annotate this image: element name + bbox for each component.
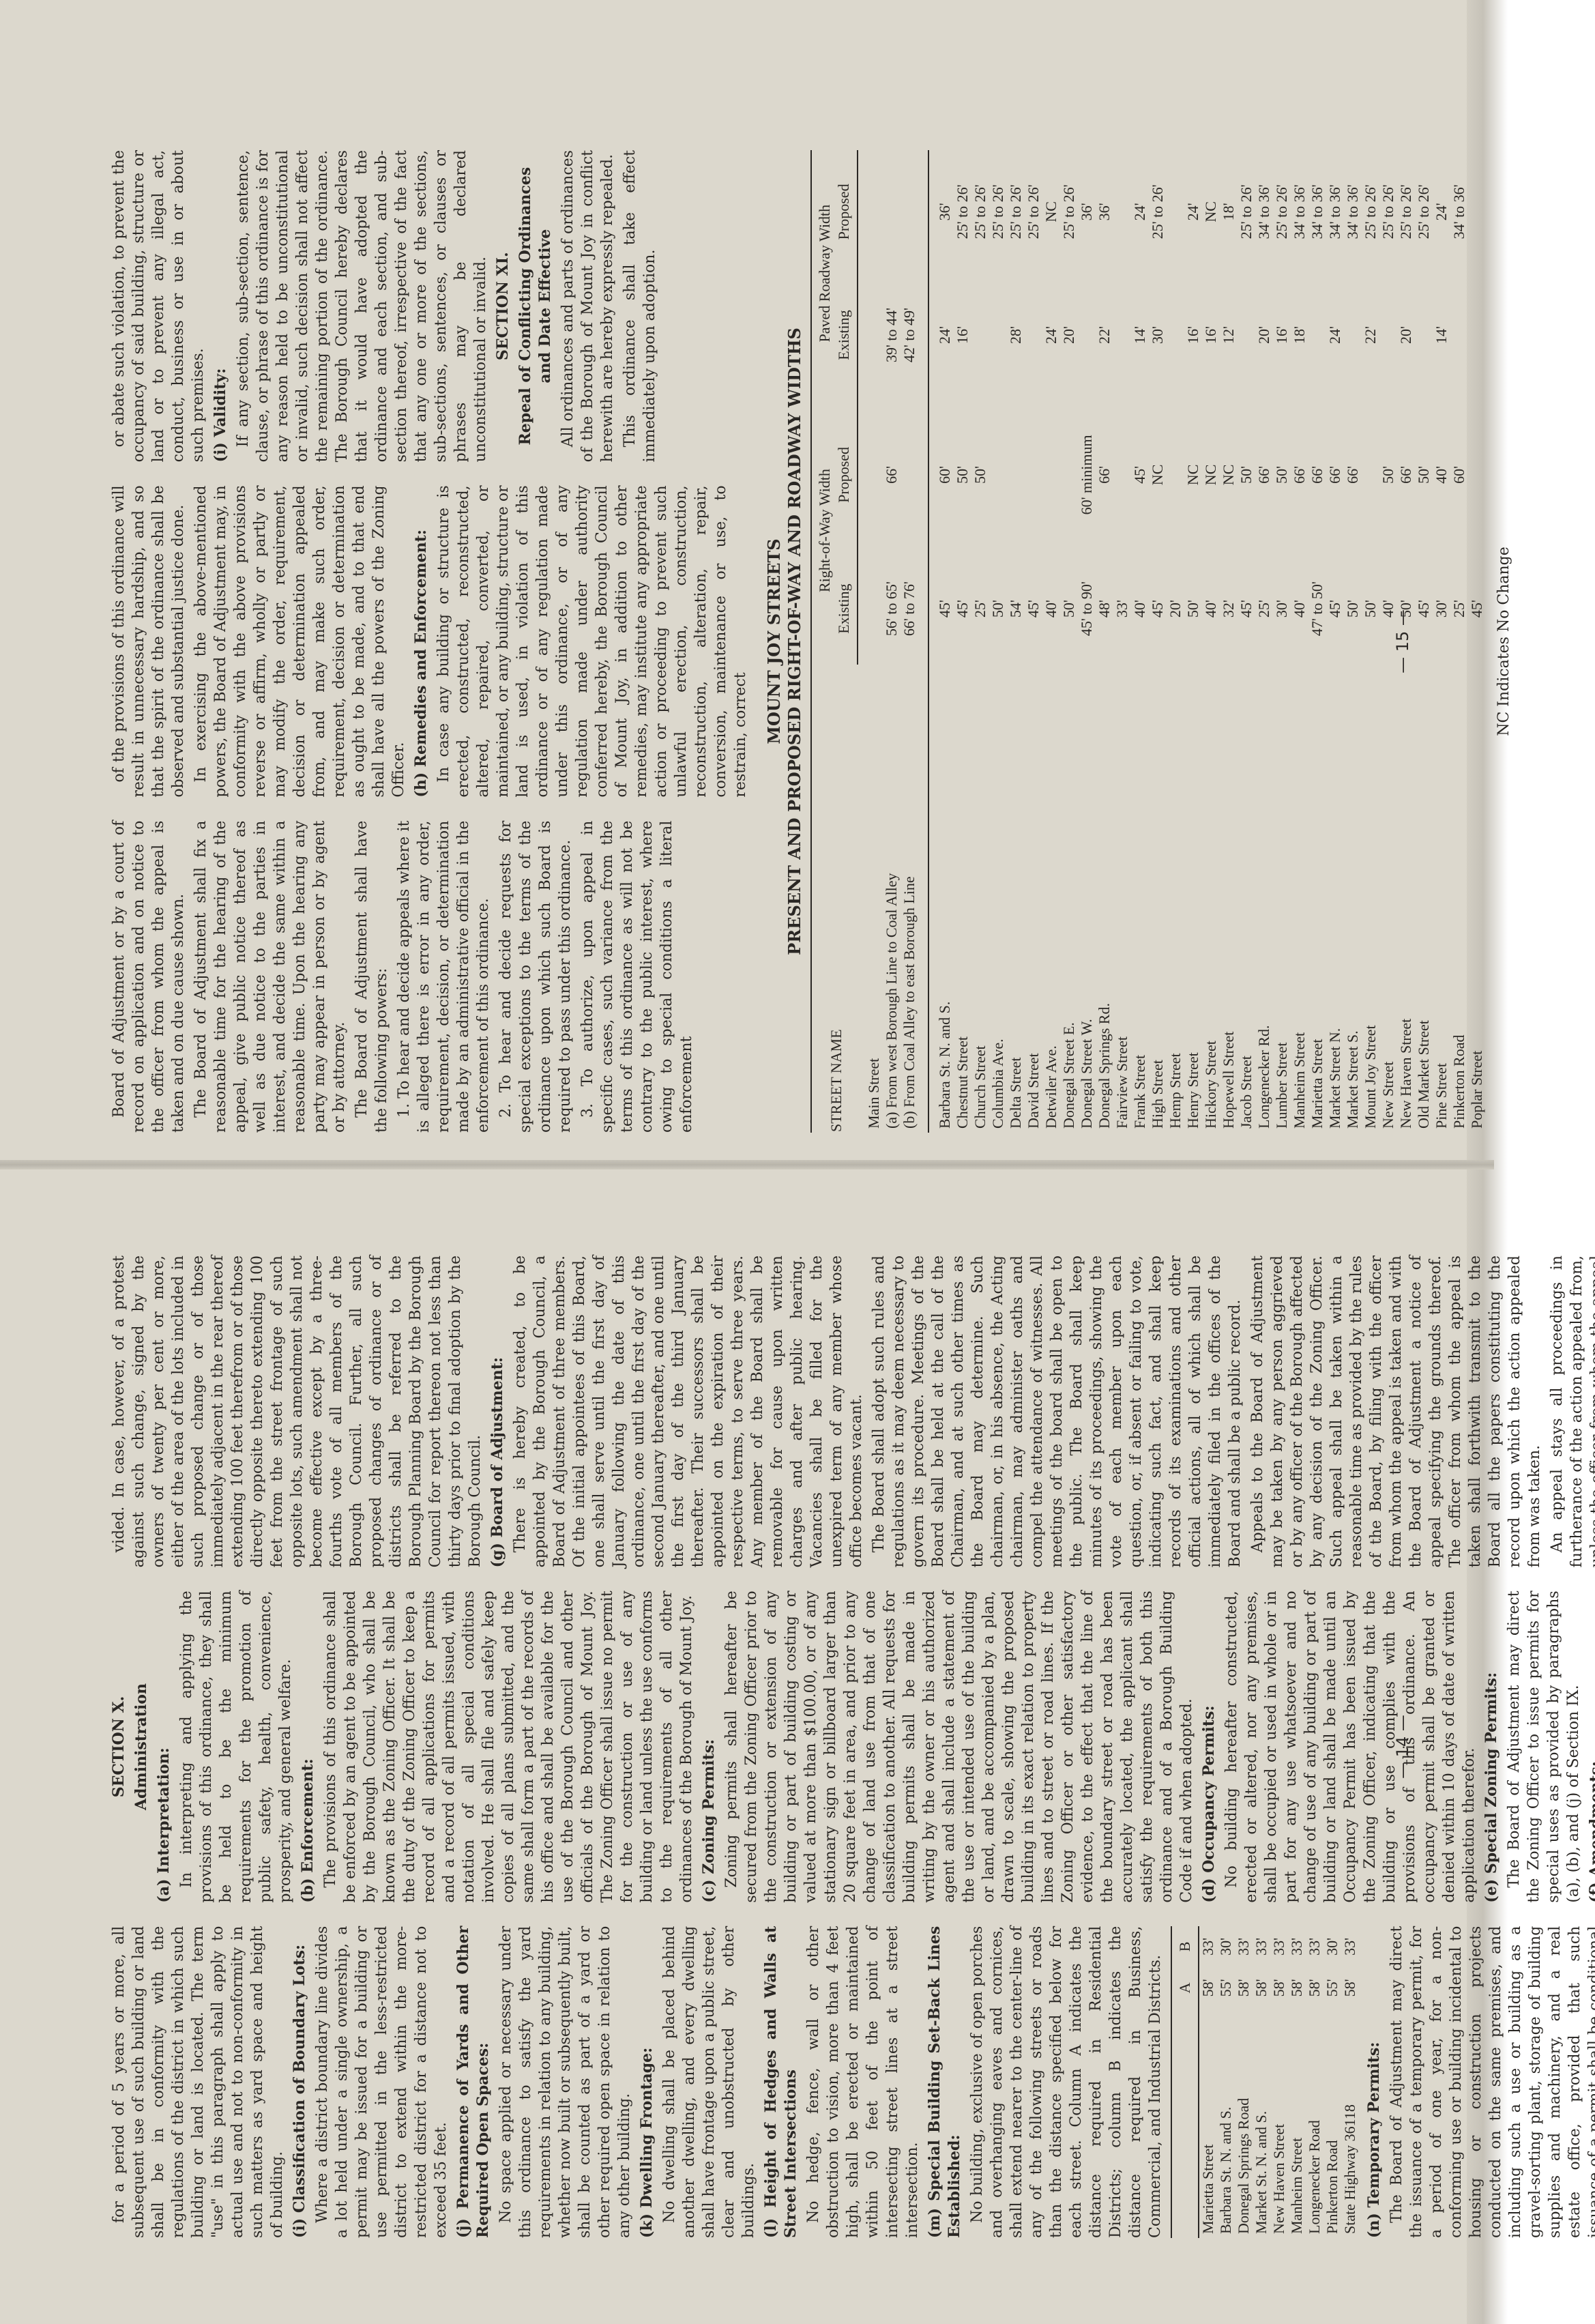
table-row: Donegal Street E.50'20'25' to 26' bbox=[1060, 150, 1078, 1133]
table-row: Barbara St. N. and S.55'30' bbox=[1217, 1926, 1235, 2238]
subsection-heading: (c) Zoning Permits: bbox=[699, 1591, 719, 1902]
table-row: Lumber Street30'50'16'25' to 26' bbox=[1273, 150, 1291, 1133]
subsection-heading: (i) Validity: bbox=[211, 150, 231, 462]
paragraph: In interpreting and applying the provisi… bbox=[177, 1591, 295, 1902]
table-row: Manheim Street58'33' bbox=[1288, 1926, 1306, 2238]
table-row: Henry Street50'NC16'24' bbox=[1184, 150, 1202, 1133]
table-row: Poplar Street45' bbox=[1468, 150, 1486, 1133]
page14-column-2: SECTION X.Administration(a) Interpretati… bbox=[109, 1591, 1364, 1902]
paragraph: Board of Adjustment or by a court of rec… bbox=[109, 821, 188, 1133]
table-row: State Highway 3611858'33' bbox=[1341, 1926, 1359, 2238]
paragraph: No building hereafter constructed, erect… bbox=[1222, 1591, 1479, 1902]
paragraph: The Board of Adjustment shall fix a reas… bbox=[191, 821, 349, 1133]
paragraph: The Board shall adopt such rules and reg… bbox=[869, 1255, 1245, 1567]
paragraph: Zoning permits shall hereafter be secure… bbox=[722, 1591, 1197, 1902]
paragraph: An appeal stays all proceedings in furth… bbox=[1547, 1255, 1595, 1567]
setback-body: Marietta Street58'33'Barbara St. N. and … bbox=[1199, 1926, 1359, 2238]
table-row: Manheim Street40'66'18'34' to 36' bbox=[1291, 150, 1308, 1133]
header-paved-roadway: Paved Roadway Width bbox=[811, 150, 834, 396]
table-row: Jacob Street45'50'25' to 26' bbox=[1238, 150, 1255, 1133]
table-row: (b) From Coal Alley to east Borough Line… bbox=[901, 150, 918, 1133]
header-row-proposed: Proposed bbox=[834, 396, 858, 553]
page-14: for a period of 5 years or more, all sub… bbox=[96, 1235, 1426, 2258]
paragraph: 2. To hear and decide requests for speci… bbox=[496, 821, 575, 1133]
page14-column-1: for a period of 5 years or more, all sub… bbox=[109, 1926, 1364, 2238]
table-row: Market Street S.50'66'34' to 36' bbox=[1344, 150, 1362, 1133]
paragraph: for a period of 5 years or more, all sub… bbox=[109, 1926, 287, 2238]
paragraph: No space applied or necessary under this… bbox=[496, 1926, 634, 2238]
subsection-heading: (l) Height of Hedges and Walls at Street… bbox=[761, 1926, 801, 2238]
paragraph: The provisions of this ordinance shall b… bbox=[321, 1591, 697, 1902]
subsection-heading: (k) Dwelling Frontage: bbox=[637, 1926, 657, 2238]
paragraph: 1. To hear and decide appeals where it i… bbox=[394, 821, 493, 1133]
table-row: (a) From west Borough Line to Coal Alley… bbox=[883, 150, 901, 1133]
table-row: Longenecker Rd.25'66'20'34' to 36' bbox=[1255, 150, 1273, 1133]
table-row: Columbia Ave.50'25' to 26' bbox=[989, 150, 1007, 1133]
center-fold bbox=[0, 1160, 1494, 1170]
table-row: Marietta Street47' to 50'66'34' to 36' bbox=[1308, 150, 1326, 1133]
street-widths-body: Main Street(a) From west Borough Line to… bbox=[858, 150, 1486, 1133]
paragraph: No building, exclusive of open porches a… bbox=[967, 1926, 1165, 2238]
table-title-2: PRESENT AND PROPOSED RIGHT-OF-WAY AND RO… bbox=[785, 150, 805, 1133]
page-number-15: — 15 — bbox=[1393, 130, 1412, 1153]
table-row: Market Street N.45'66'24'34' to 36' bbox=[1326, 150, 1344, 1133]
subsection-heading: (a) Interpretation: bbox=[154, 1591, 174, 1902]
section-heading: SECTION X. bbox=[109, 1591, 129, 1902]
header-street-name: STREET NAME bbox=[811, 665, 858, 1133]
paragraph: In case any building or structure is ere… bbox=[434, 485, 750, 797]
section-heading: Repeal of Conflicting Ordinances and Dat… bbox=[516, 150, 555, 462]
paragraph: All ordinances and parts of ordinances o… bbox=[558, 150, 617, 462]
setback-header-b: B bbox=[1171, 1926, 1199, 1967]
table-title-1: MOUNT JOY STREETS bbox=[764, 150, 785, 1133]
table-row: Delta Street54'28'25' to 26' bbox=[1007, 150, 1025, 1133]
page-15: Board of Adjustment or by a court of rec… bbox=[96, 130, 1426, 1153]
paragraph: No dwelling shall be placed behind anoth… bbox=[660, 1926, 759, 2238]
paragraph: In exercising the above-mentioned powers… bbox=[191, 485, 409, 797]
header-paved-existing: Existing bbox=[834, 274, 858, 397]
subsection-heading: (g) Board of Adjustment: bbox=[488, 1255, 508, 1567]
table-row: Old Market Street45'50'25' to 26' bbox=[1415, 150, 1433, 1133]
table-row: Church Street25'50'25' to 26' bbox=[971, 150, 989, 1133]
paragraph: No hedge, fence, wall or other obstructi… bbox=[804, 1926, 922, 2238]
table-row: Hopewell Street32'NC12'18' bbox=[1220, 150, 1238, 1133]
subsection-heading: (e) Special Zoning Permits: bbox=[1482, 1591, 1502, 1902]
table-row: Donegal Springs Road58'33' bbox=[1235, 1926, 1253, 2238]
page-number-14: — 14 — bbox=[1393, 1235, 1412, 2258]
subsection-heading: (b) Enforcement: bbox=[298, 1591, 318, 1902]
setback-table: A B Marietta Street58'33'Barbara St. N. … bbox=[1171, 1926, 1359, 2238]
subsection-heading: (i) Classification of Boundary Lots: bbox=[290, 1926, 310, 2238]
table-row: David Street45'25' to 26' bbox=[1025, 150, 1042, 1133]
table-row: Marietta Street58'33' bbox=[1199, 1926, 1217, 2238]
setback-header-street bbox=[1171, 2009, 1199, 2238]
table-row: Market St. N. and S.58'33' bbox=[1253, 1926, 1270, 2238]
scanned-spread: Board of Adjustment or by a court of rec… bbox=[0, 0, 1494, 2324]
paragraph: There is hereby created, to be appointed… bbox=[510, 1255, 866, 1567]
table-row: Fairview Street33' bbox=[1113, 150, 1131, 1133]
subsection-heading: (n) Temporary Permits: bbox=[1364, 1926, 1384, 2238]
table-row: New Haven Street58'33' bbox=[1270, 1926, 1288, 2238]
table-row: Detwiler Ave.40'24'NC bbox=[1042, 150, 1060, 1133]
table-row: Mount Joy Street50'22'25' to 26' bbox=[1362, 150, 1379, 1133]
subsection-heading: (m) Special Building Set-Back Lines Esta… bbox=[925, 1926, 965, 2238]
paragraph: The Board of Adjustment shall have the f… bbox=[352, 821, 392, 1133]
table-row: Donegal Springs Rd.48'66'22'36' bbox=[1096, 150, 1113, 1133]
table-row: Main Street bbox=[865, 150, 883, 1133]
header-right-of-way: Right-of-Way Width bbox=[811, 396, 834, 664]
header-paved-proposed: Proposed bbox=[834, 150, 858, 274]
table-row: Frank Street40'45'14'24' bbox=[1131, 150, 1149, 1133]
table-row: Longenecker Road58'33' bbox=[1306, 1926, 1323, 2238]
paragraph: vided. In case, however, of a protest ag… bbox=[109, 1255, 485, 1567]
table-row: Hickory Street40'NC16'NC bbox=[1202, 150, 1220, 1133]
paragraph: This ordinance shall take effect immedia… bbox=[620, 150, 660, 462]
section-heading: SECTION XI. bbox=[493, 150, 513, 462]
paragraph: 3. To authorize, upon appeal in specific… bbox=[578, 821, 697, 1133]
paragraph: If any section, sub-section, sentence, c… bbox=[233, 150, 491, 462]
table-row: Pinkerton Road25'60'34' to 36' bbox=[1450, 150, 1468, 1133]
paragraph: The Board of Adjustment may direct the i… bbox=[1387, 1926, 1595, 2238]
paragraph: or abate such violation, to prevent the … bbox=[109, 150, 208, 462]
setback-header-a: A bbox=[1171, 1967, 1199, 2008]
subsection-heading: (f) Amendments: bbox=[1586, 1591, 1595, 1902]
table-row: High Street45'NC30'25' to 26' bbox=[1149, 150, 1167, 1133]
subsection-heading: (h) Remedies and Enforcement: bbox=[411, 485, 431, 797]
table-row: Barbara St. N. and S.45'60'24'36' bbox=[936, 150, 954, 1133]
page14-column-3: vided. In case, however, of a protest ag… bbox=[109, 1255, 1364, 1567]
subsection-heading: (j) Permanence of Yards and Other Requir… bbox=[454, 1926, 493, 2238]
subsection-heading: (d) Occupancy Permits: bbox=[1199, 1591, 1219, 1902]
paragraph: Where a district boundary line divides a… bbox=[312, 1926, 451, 2238]
header-row-existing: Existing bbox=[834, 553, 858, 664]
section-heading: Administration bbox=[132, 1591, 151, 1902]
table-row: Donegal Street W.45' to 90'60' minimum36… bbox=[1078, 150, 1096, 1133]
paragraph: The Board of Adjustment may direct the Z… bbox=[1504, 1591, 1583, 1902]
table-row: Pine Street30'40'14'24' bbox=[1433, 150, 1450, 1133]
street-widths-table: STREET NAME Right-of-Way Width Paved Roa… bbox=[810, 150, 1486, 1133]
table-row: Chestnut Street45'50'16'25' to 26' bbox=[954, 150, 971, 1133]
table-row: Pinkerton Road55'30' bbox=[1323, 1926, 1341, 2238]
table-row: Hemp Street20' bbox=[1167, 150, 1184, 1133]
nc-footnote: NC Indicates No Change bbox=[1495, 150, 1512, 1133]
paragraph: of the provisions of this ordinance will… bbox=[109, 485, 188, 797]
